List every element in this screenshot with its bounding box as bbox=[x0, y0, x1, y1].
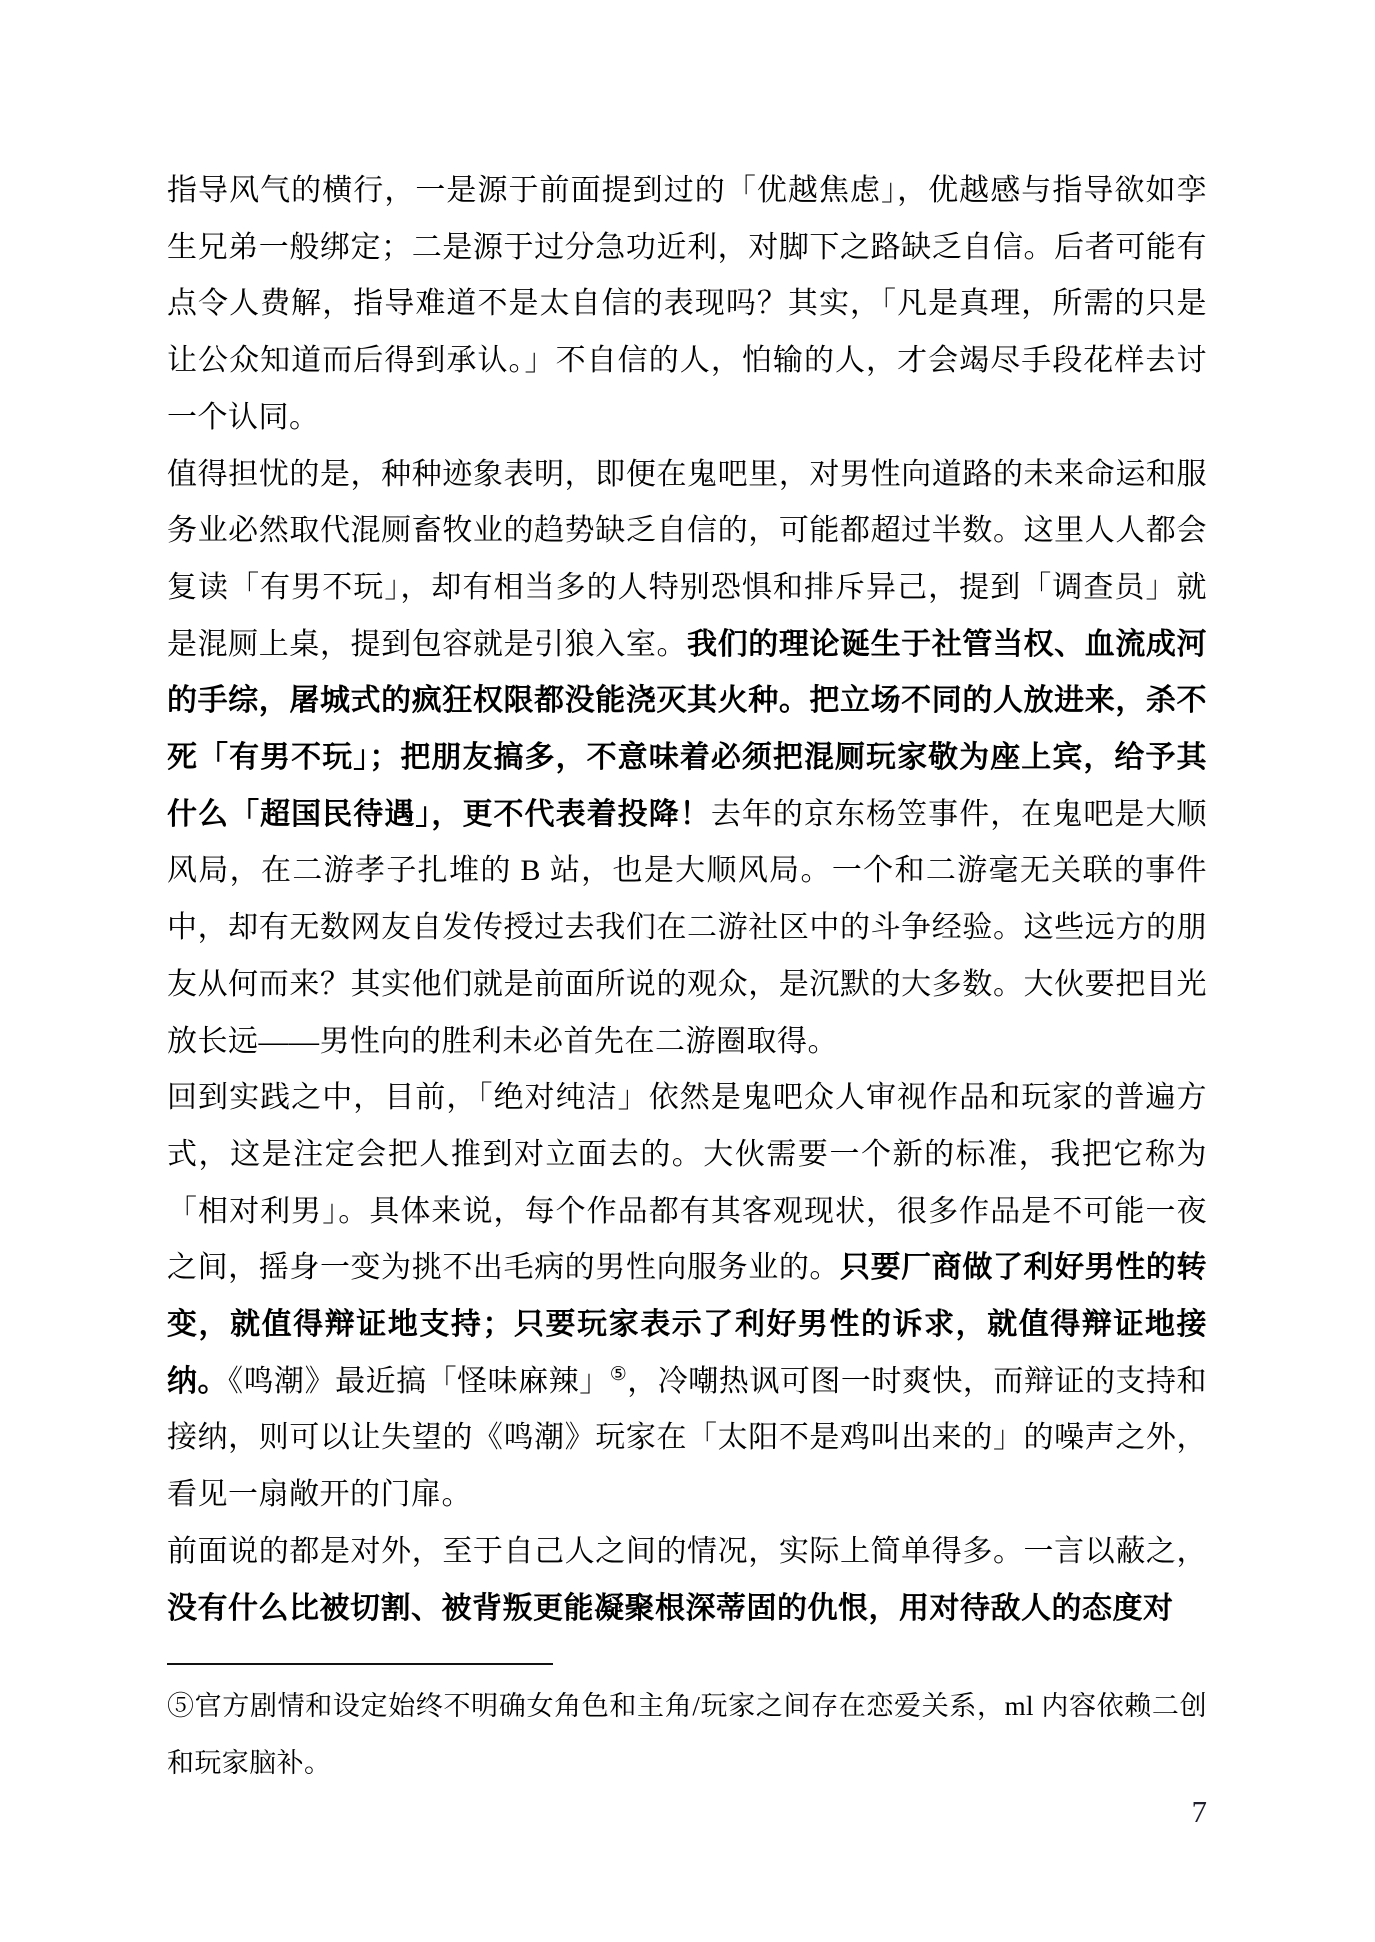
document-page: 指导风气的横行，一是源于前面提到过的「优越焦虑」，优越感与指导欲如孪生兄弟一般绑… bbox=[0, 0, 1375, 1942]
paragraph: 值得担忧的是，种种迹象表明，即便在鬼吧里，对男性向道路的未来命运和服务业必然取代… bbox=[167, 447, 1207, 1071]
text-run: 《鸣潮》最近搞「怪味麻辣」 bbox=[228, 1365, 610, 1398]
paragraph: 指导风气的横行，一是源于前面提到过的「优越焦虑」，优越感与指导欲如孪生兄弟一般绑… bbox=[167, 163, 1207, 447]
page-number: 7 bbox=[167, 1788, 1207, 1836]
footnote-reference: ⑤ bbox=[610, 1364, 628, 1385]
footnote-separator bbox=[167, 1663, 553, 1665]
paragraph: 前面说的都是对外，至于自己人之间的情况，实际上简单得多。一言以蔽之，没有什么比被… bbox=[167, 1524, 1207, 1637]
footnote: ⑤官方剧情和设定始终不明确女角色和主角/玩家之间存在恋爱关系，ml 内容依赖二创… bbox=[167, 1678, 1207, 1792]
text-run: 指导风气的横行，一是源于前面提到过的「优越焦虑」，优越感与指导欲如孪生兄弟一般绑… bbox=[167, 174, 1207, 434]
text-run: 前面说的都是对外，至于自己人之间的情况，实际上简单得多。一言以蔽之， bbox=[167, 1535, 1207, 1568]
text-run: 去年的京东杨笠事件，在鬼吧是大顺风局，在二游孝子扎堆的 B 站，也是大顺风局。一… bbox=[167, 798, 1207, 1058]
bold-text-run: 没有什么比被切割、被背叛更能凝聚根深蒂固的仇恨，用对待敌人的态度对 bbox=[167, 1592, 1174, 1625]
document-body: 指导风气的横行，一是源于前面提到过的「优越焦虑」，优越感与指导欲如孪生兄弟一般绑… bbox=[167, 163, 1207, 1637]
footnote-text: ⑤官方剧情和设定始终不明确女角色和主角/玩家之间存在恋爱关系，ml 内容依赖二创… bbox=[167, 1691, 1207, 1778]
paragraph: 回到实践之中，目前，「绝对纯洁」依然是鬼吧众人审视作品和玩家的普遍方式，这是注定… bbox=[167, 1070, 1207, 1524]
